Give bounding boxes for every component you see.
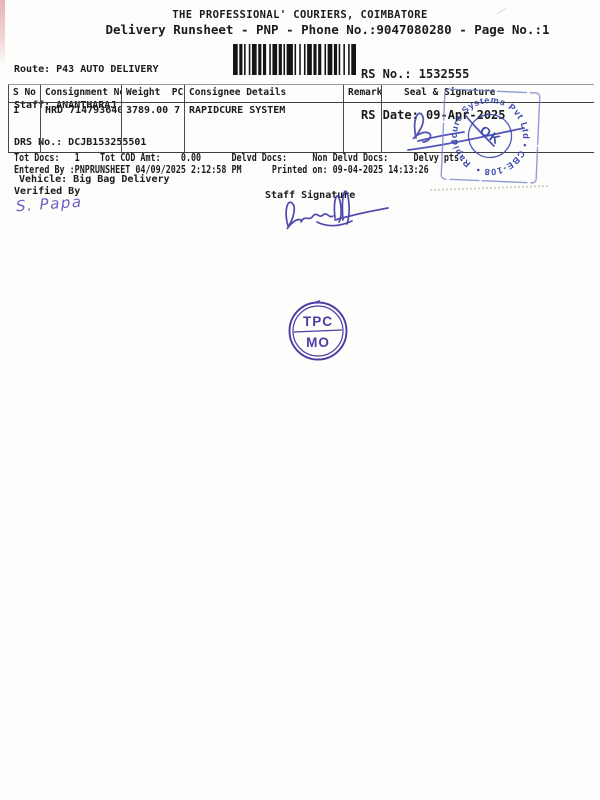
- barcode: [233, 44, 356, 75]
- company-title: THE PROFESSIONAL' COURIERS, COIMBATORE: [0, 9, 600, 21]
- row-consignee: RAPIDCURE SYSTEM: [185, 103, 344, 153]
- runsheet-subtitle: Delivery Runsheet - PNP - Phone No.:9047…: [55, 22, 600, 37]
- consignee-seal-stamp: Rapidcure Systems Pvt Ltd • CBE-108 • OK: [434, 86, 546, 190]
- barcode-wrap: [233, 44, 356, 75]
- scanned-delivery-runsheet: THE PROFESSIONAL' COURIERS, COIMBATORE D…: [0, 0, 600, 800]
- tpc-text: TPC: [303, 314, 333, 329]
- route-line: Route: P43 AUTO DELIVERY: [14, 64, 170, 76]
- seal-center-text: OK: [477, 123, 504, 148]
- col-header-sno: S No: [8, 85, 41, 103]
- col-header-consignment: Consignment No: [41, 85, 122, 103]
- totals-line: Tot Docs: 1 Tot COD Amt: 0.00 Delvd Docs…: [14, 152, 464, 164]
- mo-text: MO: [306, 335, 330, 350]
- tpc-mo-stamp: TPC MO: [286, 299, 350, 363]
- row-consignment: HRD 714793640: [41, 103, 122, 153]
- row-weight-pcs: 3789.00 7: [122, 103, 185, 153]
- col-header-consignee: Consignee Details: [185, 85, 344, 103]
- col-header-weight-pcs: Weight PCS: [122, 85, 185, 103]
- row-sno: 1: [8, 103, 41, 153]
- row-remarks: [344, 103, 382, 153]
- staff-signature-ink: [276, 182, 392, 240]
- entered-printed-line: Entered By :PNPRUNSHEET 04/09/2025 2:12:…: [14, 164, 429, 176]
- vehicle-line: Vehicle: Big Bag Delivery: [14, 174, 170, 186]
- rs-no-line: RS No.: 1532555: [361, 68, 506, 82]
- col-header-remarks: Remarks: [344, 85, 382, 103]
- verified-by-signature: S. Papa: [15, 193, 83, 216]
